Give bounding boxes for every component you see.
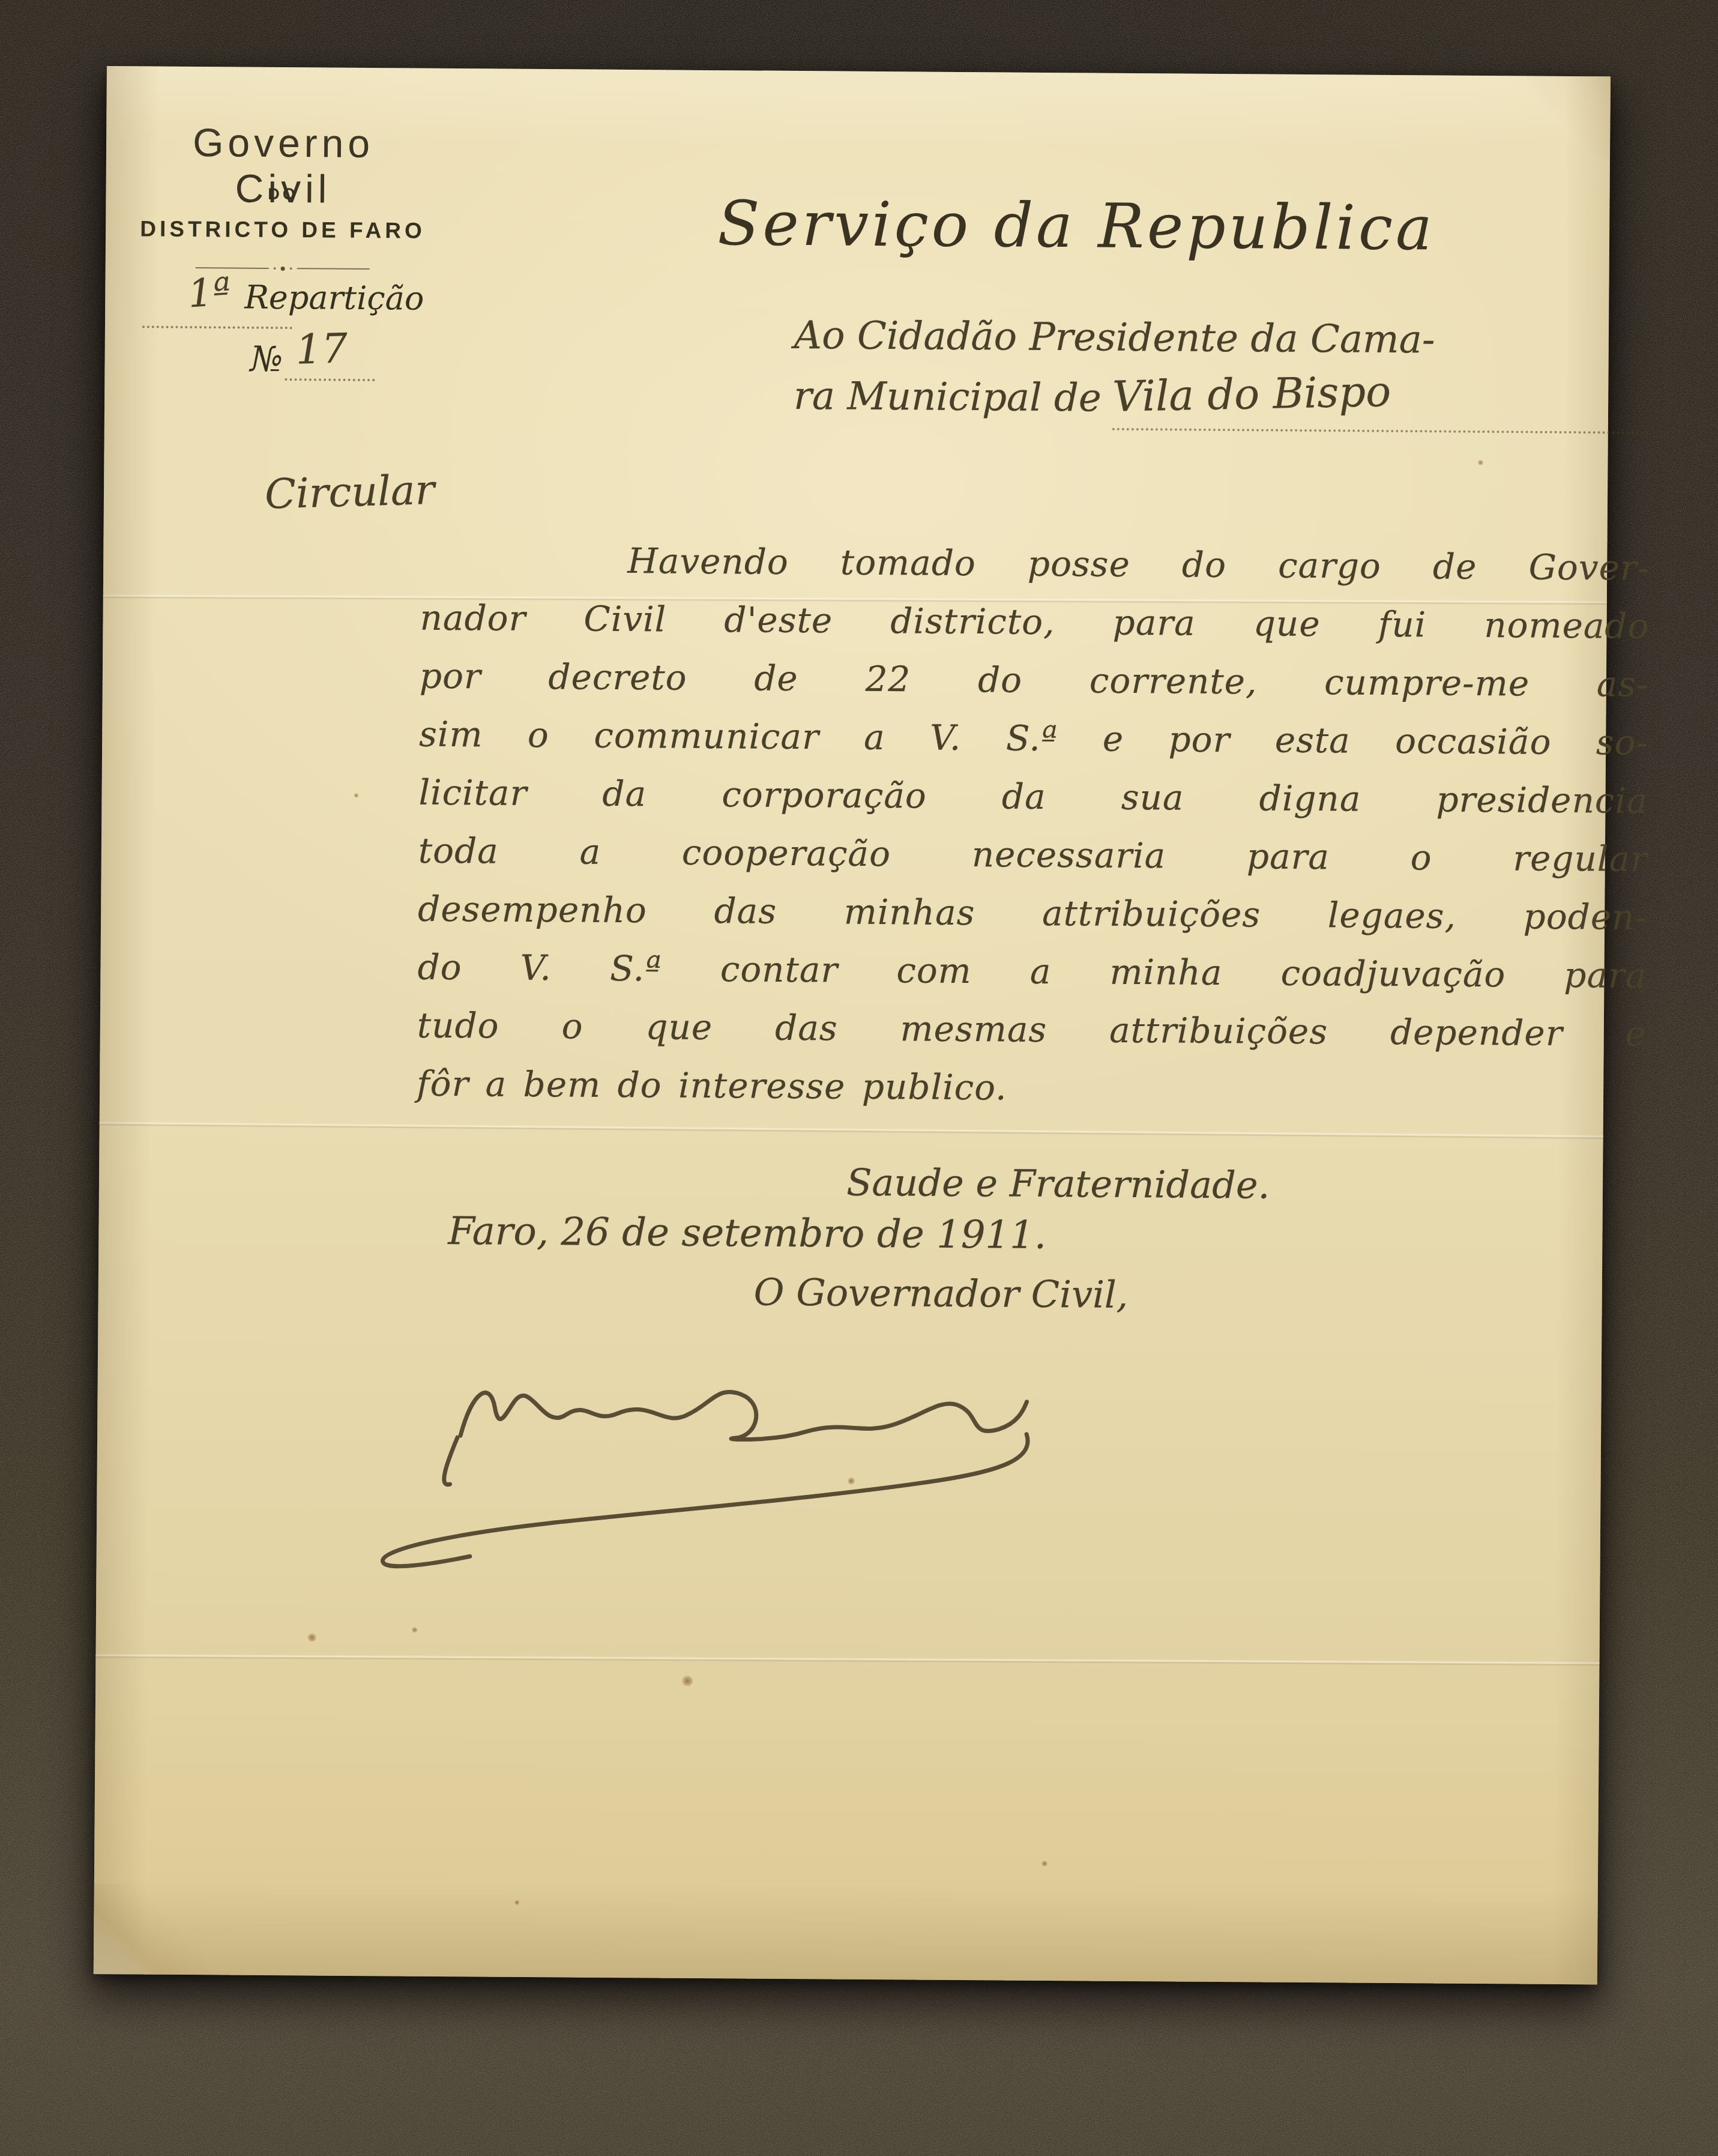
corner-fold	[94, 1884, 226, 1975]
addressee-place-name: Vila do Bispo	[1112, 362, 1391, 426]
body-line: licitar da corporação da sua digna presi…	[418, 764, 1648, 830]
fox-spot	[1477, 460, 1483, 465]
department-label: Repartição	[244, 279, 424, 318]
body-line: nador Civil d'este districto, para que f…	[420, 589, 1650, 656]
fox-spot	[1041, 1861, 1047, 1867]
service-heading: Serviço da Republica	[641, 187, 1512, 265]
body-line: toda a cooperação necessaria para o regu…	[418, 822, 1648, 889]
signer-title: O Governador Civil,	[754, 1270, 1129, 1317]
number-symbol: №	[250, 339, 283, 379]
corner-fold	[1508, 76, 1611, 160]
body-line: fôr a bem do interesse publico.	[417, 1055, 1647, 1122]
body-line: por decreto de 22 do corrente, cumpre-me…	[420, 647, 1650, 714]
body-line: do V. S.ª contar com a minha coadjuvação…	[417, 938, 1647, 1005]
addressee-line2-prefix: ra Municipal de	[794, 367, 1102, 428]
letterhead-district: DISTRICTO DE FARO	[130, 216, 436, 244]
closing-dateline: Faro, 26 de setembro de 1911.	[448, 1209, 1046, 1258]
addressee-line2: ra Municipal de Vila do Bispo	[794, 365, 1650, 434]
body-line: desempenho das minhas attribuições legae…	[418, 880, 1648, 947]
letter-paper: Governo Civil DO DISTRICTO DE FARO 1ª Re…	[94, 66, 1611, 1984]
closing-salute: Saude e Fraternidade.	[846, 1161, 1270, 1207]
dotted-rule	[285, 378, 375, 381]
photograph-backdrop: Governo Civil DO DISTRICTO DE FARO 1ª Re…	[0, 0, 1718, 2156]
dotted-rule	[142, 325, 292, 329]
addressee-line1: Ao Cidadão Presidente da Cama-	[794, 306, 1650, 371]
signature-flourish	[348, 1312, 1202, 1582]
letterhead-org-connector: DO	[148, 184, 418, 204]
fox-spot	[412, 1627, 418, 1633]
fox-spot	[681, 1676, 693, 1686]
paper-crease	[95, 1653, 1599, 1666]
document-number-handwritten: 17	[295, 325, 349, 373]
body-line: Havendo tomado posse do cargo de Gover-	[420, 531, 1650, 597]
body-line: sim o communicar a V. S.ª e por esta occ…	[419, 705, 1649, 772]
letter-body: Havendo tomado posse do cargo de Gover- …	[417, 531, 1650, 1122]
addressee-block: Ao Cidadão Presidente da Cama- ra Munici…	[794, 306, 1650, 434]
doc-type-label: Circular	[264, 467, 435, 519]
body-line: tudo o que das mesmas attribuições depen…	[417, 997, 1647, 1063]
fox-spot	[514, 1900, 520, 1905]
fox-spot	[307, 1633, 317, 1641]
fox-spot	[354, 793, 359, 798]
department-number-handwritten: 1ª	[187, 270, 232, 316]
paper-crease	[100, 1121, 1603, 1140]
place-name-rule: Vila do Bispo	[1112, 367, 1649, 434]
